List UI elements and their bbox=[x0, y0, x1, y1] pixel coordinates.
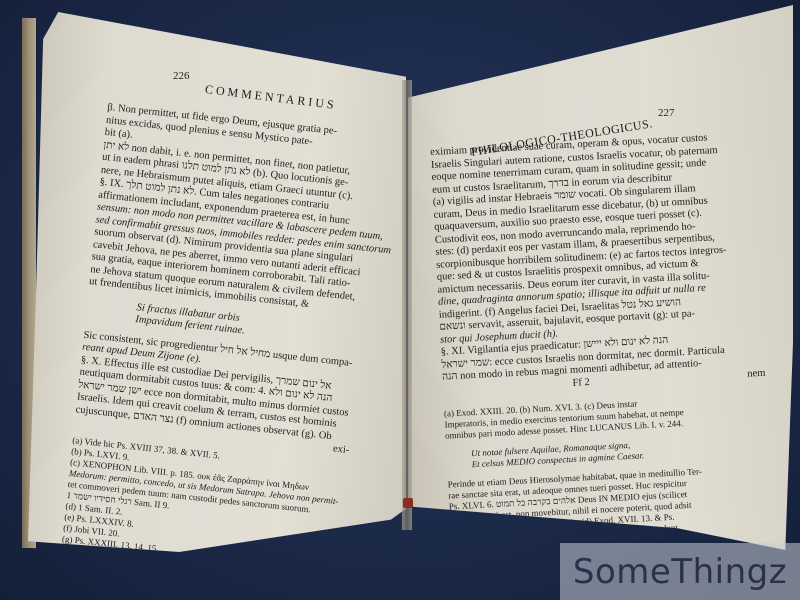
running-head-left: COMMENTARIUS bbox=[204, 82, 337, 113]
right-body-text: eximiam providentiae suae curam, operam … bbox=[430, 132, 744, 550]
right-page: 227 PHILOLOGICO-THEOLOGICUS. eximiam pro… bbox=[408, 5, 793, 550]
watermark-text: SomeThingz bbox=[573, 552, 787, 592]
left-body-text: β. Non permittet, ut fide ergo Deum, eju… bbox=[62, 102, 404, 552]
spine-headband bbox=[403, 498, 413, 508]
watermark-box: SomeThingz bbox=[560, 543, 800, 600]
book-gutter bbox=[402, 80, 412, 530]
left-page: 226 COMMENTARIUS β. Non permittet, ut fi… bbox=[28, 12, 406, 552]
page-number-right: 227 bbox=[658, 107, 675, 119]
page-number-left: 226 bbox=[173, 70, 190, 82]
catchword: nem bbox=[747, 367, 766, 380]
